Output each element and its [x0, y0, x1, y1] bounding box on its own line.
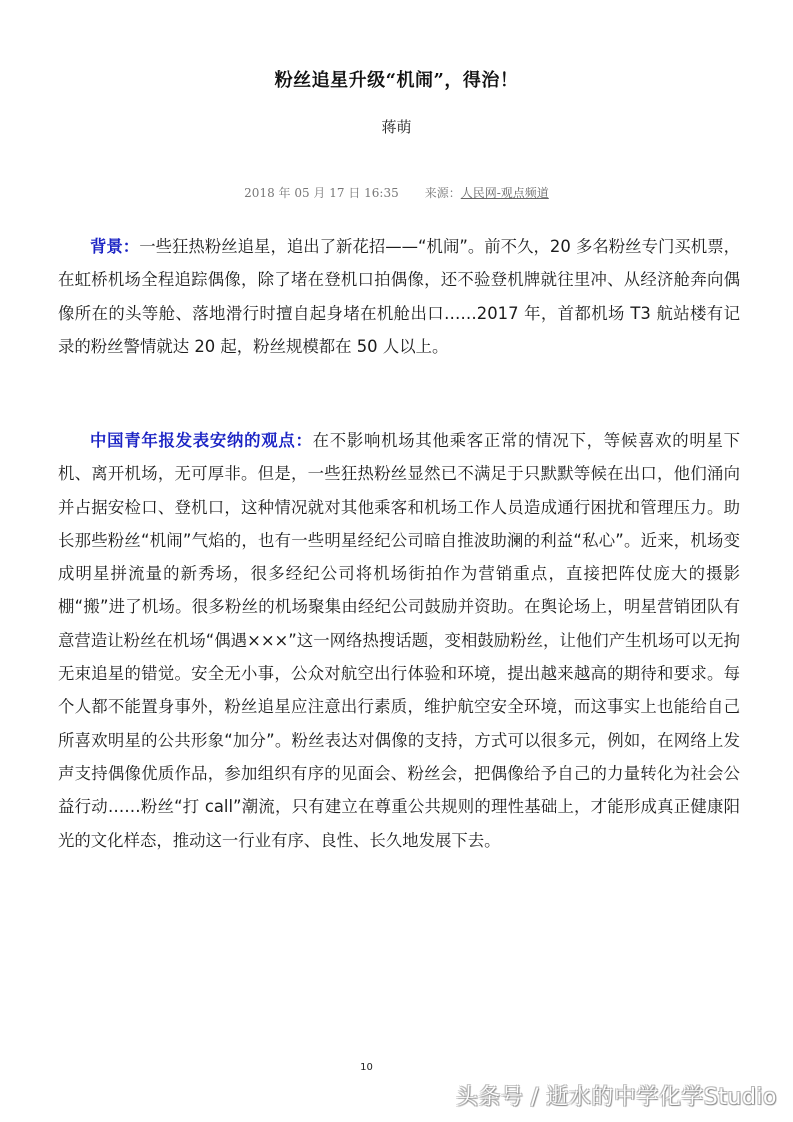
source-label: 来源：	[425, 186, 461, 200]
article-author: 蒋萌	[0, 116, 793, 137]
background-text: 一些狂热粉丝追星，追出了新花招——“机闹”。前不久，20 多名粉丝专门买机票，在…	[58, 237, 740, 356]
page-number: 10	[0, 1062, 733, 1073]
background-label: 背景：	[90, 237, 139, 256]
opinion-label: 中国青年报发表安纳的观点：	[90, 431, 313, 450]
publish-date: 2018 年 05 月 17 日 16:35	[244, 186, 399, 200]
article-meta: 2018 年 05 月 17 日 16:35来源：人民网-观点频道	[0, 184, 793, 201]
article-title: 粉丝追星升级“机闹”，得治！	[0, 66, 793, 92]
background-paragraph: 背景：一些狂热粉丝追星，追出了新花招——“机闹”。前不久，20 多名粉丝专门买机…	[58, 230, 740, 363]
opinion-paragraph: 中国青年报发表安纳的观点：在不影响机场其他乘客正常的情况下，等候喜欢的明星下机、…	[58, 424, 740, 857]
opinion-text: 在不影响机场其他乘客正常的情况下，等候喜欢的明星下机、离开机场，无可厚非。但是，…	[58, 431, 740, 850]
source-link[interactable]: 人民网-观点频道	[461, 186, 549, 200]
watermark: 头条号 / 逝水的中学化学Studio	[456, 1080, 777, 1111]
document-page: 粉丝追星升级“机闹”，得治！ 蒋萌 2018 年 05 月 17 日 16:35…	[0, 0, 793, 1122]
